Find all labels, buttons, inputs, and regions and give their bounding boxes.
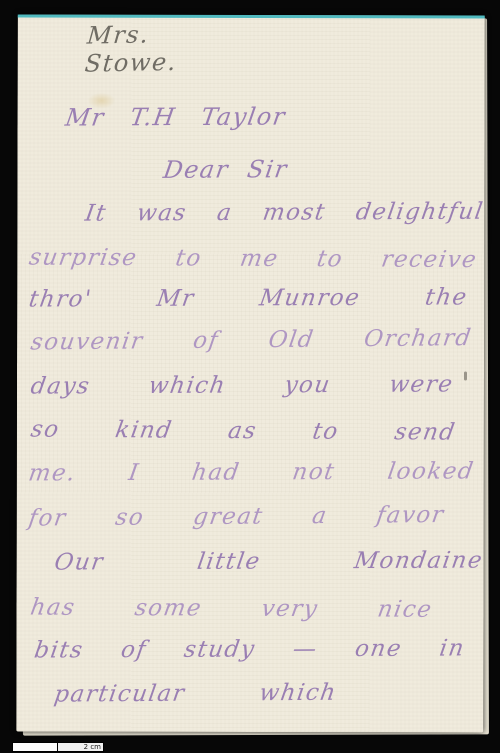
archivist-annotation: Mrs. Stowe. [84, 19, 247, 78]
handwritten-line: bits of study — one in [32, 635, 466, 663]
handwritten-line: souvenir of Old Orchard [29, 325, 474, 355]
handwritten-line: It was a most delightful [83, 199, 485, 227]
scale-bar: 2 cm [12, 742, 104, 752]
scale-bar-label: 2 cm [58, 743, 103, 751]
handwritten-line: so kind as to send [29, 417, 458, 446]
scan-canvas: Mrs. Stowe. Mr T.H Taylor Dear Sir It wa… [0, 0, 500, 753]
handwritten-line: has some very nice [28, 595, 434, 623]
scale-bar-segment [13, 743, 58, 751]
paper-blemish [464, 371, 467, 380]
handwritten-line: particular which [52, 680, 338, 708]
handwritten-line: for so great a favor [27, 502, 447, 531]
salutation-line: Dear Sir [161, 155, 289, 184]
scan-edge-artifact [18, 15, 485, 19]
handwritten-line: days which you were [29, 371, 455, 399]
handwritten-line: surprise to me to receive [27, 245, 479, 273]
recipient-line: Mr T.H Taylor [64, 103, 289, 132]
handwritten-line: thro' Mr Munroe the [27, 284, 469, 312]
letter-page: Mrs. Stowe. Mr T.H Taylor Dear Sir It wa… [16, 15, 485, 733]
handwritten-line: Our little Mondaine [53, 548, 485, 576]
handwritten-line: me. I had not looked [27, 458, 476, 486]
